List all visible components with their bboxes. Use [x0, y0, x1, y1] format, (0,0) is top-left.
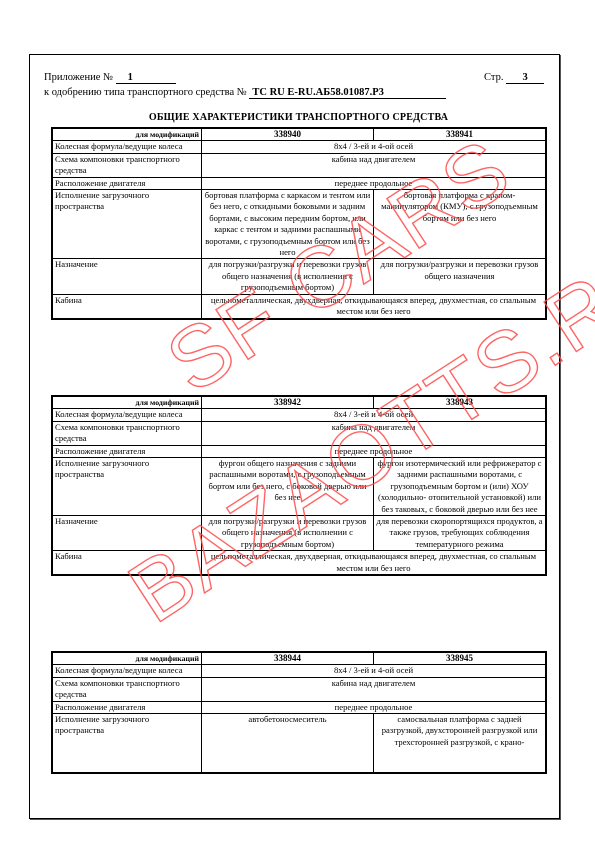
- cargo-space-value: самосвальная платформа с задней разгрузк…: [374, 714, 546, 773]
- page-number-line: Стр. 3: [484, 72, 544, 84]
- row-label: Расположение двигателя: [53, 701, 202, 713]
- table-row: Схема компоновки транспортного средства …: [53, 153, 546, 177]
- table-row: Назначение для погрузки/разгрузки и пере…: [53, 516, 546, 551]
- engine-position-value: переднее продольное: [202, 445, 546, 457]
- layout-value: кабина над двигателем: [202, 153, 546, 177]
- purpose-value: для перевозки скоропортящихся продуктов,…: [374, 516, 546, 551]
- table-header-row: для модификаций 338944 338945: [53, 653, 546, 665]
- cargo-space-value: бортовая платформа с краном-манипуляторо…: [374, 190, 546, 259]
- purpose-value: для погрузки/разгрузки и перевозки грузо…: [202, 259, 374, 294]
- table-header-row: для модификаций 338940 338941: [53, 129, 546, 141]
- modifications-label: для модификаций: [53, 397, 202, 409]
- table-row: Исполнение загрузочного пространства авт…: [53, 714, 546, 773]
- row-label: Кабина: [53, 294, 202, 318]
- table-row: Колесная формула/ведущие колеса 8х4 / 3-…: [53, 665, 546, 677]
- cabin-value: цельнометаллическая, двухдверная, откиды…: [202, 294, 546, 318]
- spec-table-2: для модификаций 338942 338943 Колесная ф…: [52, 396, 546, 575]
- modifications-label: для модификаций: [53, 129, 202, 141]
- approval-line: к одобрению типа транспортного средства …: [44, 87, 446, 99]
- modifications-label: для модификаций: [53, 653, 202, 665]
- wheel-formula-value: 8х4 / 3-ей и 4-ой осей: [202, 409, 546, 421]
- model-column-header: 338943: [374, 397, 546, 409]
- row-label: Схема компоновки транспортного средства: [53, 677, 202, 701]
- table-row: Кабина цельнометаллическая, двухдверная,…: [53, 551, 546, 575]
- purpose-value: для погрузки/разгрузки и перевозки грузо…: [374, 259, 546, 294]
- row-label: Кабина: [53, 551, 202, 575]
- approval-label: к одобрению типа транспортного средства …: [44, 87, 247, 98]
- table-row: Назначение для погрузки/разгрузки и пере…: [53, 259, 546, 294]
- page-label: Стр.: [484, 72, 503, 83]
- model-column-header: 338944: [202, 653, 374, 665]
- row-label: Расположение двигателя: [53, 177, 202, 189]
- row-label: Схема компоновки транспортного средства: [53, 153, 202, 177]
- purpose-value: для погрузки/разгрузки и перевозки грузо…: [202, 516, 374, 551]
- model-column-header: 338942: [202, 397, 374, 409]
- row-label: Назначение: [53, 516, 202, 551]
- spec-table-1: для модификаций 338940 338941 Колесная ф…: [52, 128, 546, 319]
- engine-position-value: переднее продольное: [202, 177, 546, 189]
- row-label: Колесная формула/ведущие колеса: [53, 141, 202, 153]
- approval-number: TC RU E-RU.АБ58.01087.Р3: [249, 87, 446, 99]
- table-row: Исполнение загрузочного пространства бор…: [53, 190, 546, 259]
- row-label: Исполнение загрузочного пространства: [53, 190, 202, 259]
- table-row: Расположение двигателя переднее продольн…: [53, 701, 546, 713]
- table-row: Расположение двигателя переднее продольн…: [53, 445, 546, 457]
- model-column-header: 338945: [374, 653, 546, 665]
- row-label: Колесная формула/ведущие колеса: [53, 409, 202, 421]
- model-column-header: 338940: [202, 129, 374, 141]
- table-row: Кабина цельнометаллическая, двухдверная,…: [53, 294, 546, 318]
- table-row: Схема компоновки транспортного средства …: [53, 677, 546, 701]
- spec-table-3: для модификаций 338944 338945 Колесная ф…: [52, 652, 546, 773]
- table-header-row: для модификаций 338942 338943: [53, 397, 546, 409]
- row-label: Исполнение загрузочного пространства: [53, 458, 202, 516]
- table-row: Расположение двигателя переднее продольн…: [53, 177, 546, 189]
- cabin-value: цельнометаллическая, двухдверная, откиды…: [202, 551, 546, 575]
- table-row: Схема компоновки транспортного средства …: [53, 421, 546, 445]
- cargo-space-value: бортовая платформа с каркасом и тентом и…: [202, 190, 374, 259]
- cargo-space-value: фургон общего назначения с задними распа…: [202, 458, 374, 516]
- row-label: Исполнение загрузочного пространства: [53, 714, 202, 773]
- wheel-formula-value: 8х4 / 3-ей и 4-ой осей: [202, 141, 546, 153]
- wheel-formula-value: 8х4 / 3-ей и 4-ой осей: [202, 665, 546, 677]
- row-label: Колесная формула/ведущие колеса: [53, 665, 202, 677]
- table-row: Колесная формула/ведущие колеса 8х4 / 3-…: [53, 409, 546, 421]
- layout-value: кабина над двигателем: [202, 421, 546, 445]
- appendix-line: Приложение № 1: [44, 72, 176, 84]
- table-row: Исполнение загрузочного пространства фур…: [53, 458, 546, 516]
- row-label: Схема компоновки транспортного средства: [53, 421, 202, 445]
- engine-position-value: переднее продольное: [202, 701, 546, 713]
- page-number: 3: [506, 72, 544, 84]
- cargo-space-value: фургон изотермический или рефрижератор с…: [374, 458, 546, 516]
- cargo-space-value: автобетоносмеситель: [202, 714, 374, 773]
- model-column-header: 338941: [374, 129, 546, 141]
- table-row: Колесная формула/ведущие колеса 8х4 / 3-…: [53, 141, 546, 153]
- appendix-label: Приложение №: [44, 72, 113, 83]
- row-label: Расположение двигателя: [53, 445, 202, 457]
- row-label: Назначение: [53, 259, 202, 294]
- layout-value: кабина над двигателем: [202, 677, 546, 701]
- appendix-number: 1: [116, 72, 176, 84]
- document-title: ОБЩИЕ ХАРАКТЕРИСТИКИ ТРАНСПОРТНОГО СРЕДС…: [52, 112, 545, 123]
